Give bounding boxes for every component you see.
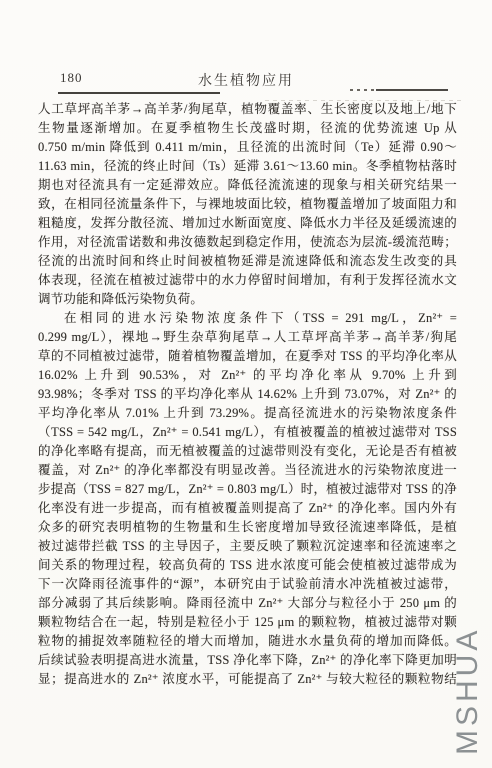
text-line: 作用，对径流雷诺数和弗汝德数起到稳定作用，使流态为层流-缓流范畴； [38,233,457,252]
text-line: 在相同的进水污染物浓度条件下（TSS = 291 mg/L，Zn²⁺ = [38,309,457,328]
text-line: 粗糙度，发挥分散径流、增加过水断面宽度、降低水力半径及延缓流速的 [38,214,457,233]
header-rule-left [58,92,220,94]
text-line: 颗粒物结合在一起，特别是粒径小于 125 μm 的颗粒物，植被过滤带对颗 [38,613,457,632]
text-line: 间关系的物理过程，较高负荷的 TSS 进水浓度可能会使植被过滤带成为 [38,556,457,575]
watermark: MSHUA [450,615,486,755]
text-line: 众多的研究表明植物的生物量和生长密度增加导致径流速率降低，是植 [38,518,457,537]
text-line: 致，在相同径流量条件下，与裸地坡面比较，植物覆盖增加了坡面阻力和 [38,195,457,214]
text-line: 显；提高进水的 Zn²⁺ 浓度水平，可能提高了 Zn²⁺ 与较大粒径的颗粒物结 [38,670,457,689]
text-line: 被过滤带拦截 TSS 的主导因子，主要反映了颗粒沉淀速率和径流速率之 [38,537,457,556]
text-line: 93.98%；冬季对 TSS 的平均净化率从 14.62% 上升到 73.07%… [38,385,457,404]
text-line: 期也对径流具有一定延滞效应。降低径流流速的现象与相关研究结果一 [38,176,457,195]
text-line: 径流的出流时间和终止时间被植物延滞是流速降低和流态发生改变的具 [38,252,457,271]
text-line: 11.63 min，径流的终止时间（Ts）延滞 3.61～13.60 min。冬… [38,157,457,176]
text-line: 体表现，径流在植被过滤带中的水力停留时间增加，有利于发挥径流水文 [38,271,457,290]
header-rule-right [376,89,448,91]
text-line: 部分减弱了其后续影响。降雨径流中 Zn²⁺ 大部分与粒径小于 250 μm 的 [38,594,457,613]
scanned-book-page: 180 水生植物应用 人工草坪高羊茅→高羊茅/狗尾草，植物覆盖率、生长密度以及地… [0,0,492,768]
text-line: 平均净化率从 7.01% 上升到 73.29%。提高径流进水的污染物浓度条件 [38,404,457,423]
text-line: 0.299 mg/L），裸地→野生杂草狗尾草→人工草坪高羊茅→高羊茅/狗尾 [38,328,457,347]
page-title: 水生植物应用 [0,70,492,90]
text-line: 生物量逐渐增加。在夏季植物生长茂盛时期，径流的优势流速 Up 从 [38,119,457,138]
text-line: 下一次降雨径流事件的“源”，本研究由于试验前清水冲洗植被过滤带， [38,575,457,594]
text-line: 0.750 m/min 降低到 0.411 m/min，且径流的出流时间（Te）… [38,138,457,157]
text-line: 调节功能和降低污染物负荷。 [38,290,457,309]
text-line: 的净化率略有提高，而无植被覆盖的过滤带则没有变化，无论是否有植被 [38,442,457,461]
text-line: 人工草坪高羊茅→高羊茅/狗尾草，植物覆盖率、生长密度以及地上/地下 [38,100,457,119]
body-text: 人工草坪高羊茅→高羊茅/狗尾草，植物覆盖率、生长密度以及地上/地下生物量逐渐增加… [38,100,457,689]
text-line: 化率没有进一步提高，而有植被覆盖则提高了 Zn²⁺ 的净化率。国内外有 [38,499,457,518]
text-line: 步提高（TSS = 827 mg/L，Zn²⁺ = 0.803 mg/L）时，植… [38,480,457,499]
text-line: 后续试验表明提高进水流量，TSS 净化率下降，Zn²⁺ 的净化率下降更加明 [38,651,457,670]
text-line: 草的不同植被过滤带，随着植物覆盖增加，在夏季对 TSS 的平均净化率从 [38,347,457,366]
text-line: 覆盖，对 Zn²⁺ 的净化率都没有明显改善。当径流进水的污染物浓度进一 [38,461,457,480]
header-rule-dashes [350,89,374,91]
page-header: 180 水生植物应用 [0,68,492,92]
text-line: 16.02% 上升到 90.53%，对 Zn²⁺ 的平均净化率从 9.70% 上… [38,366,457,385]
text-line: 粒物的捕捉效率随粒径的增大而增加，随进水水量负荷的增加而降低。 [38,632,457,651]
text-line: （TSS = 542 mg/L，Zn²⁺ = 0.541 mg/L），有植被覆盖… [38,423,457,442]
